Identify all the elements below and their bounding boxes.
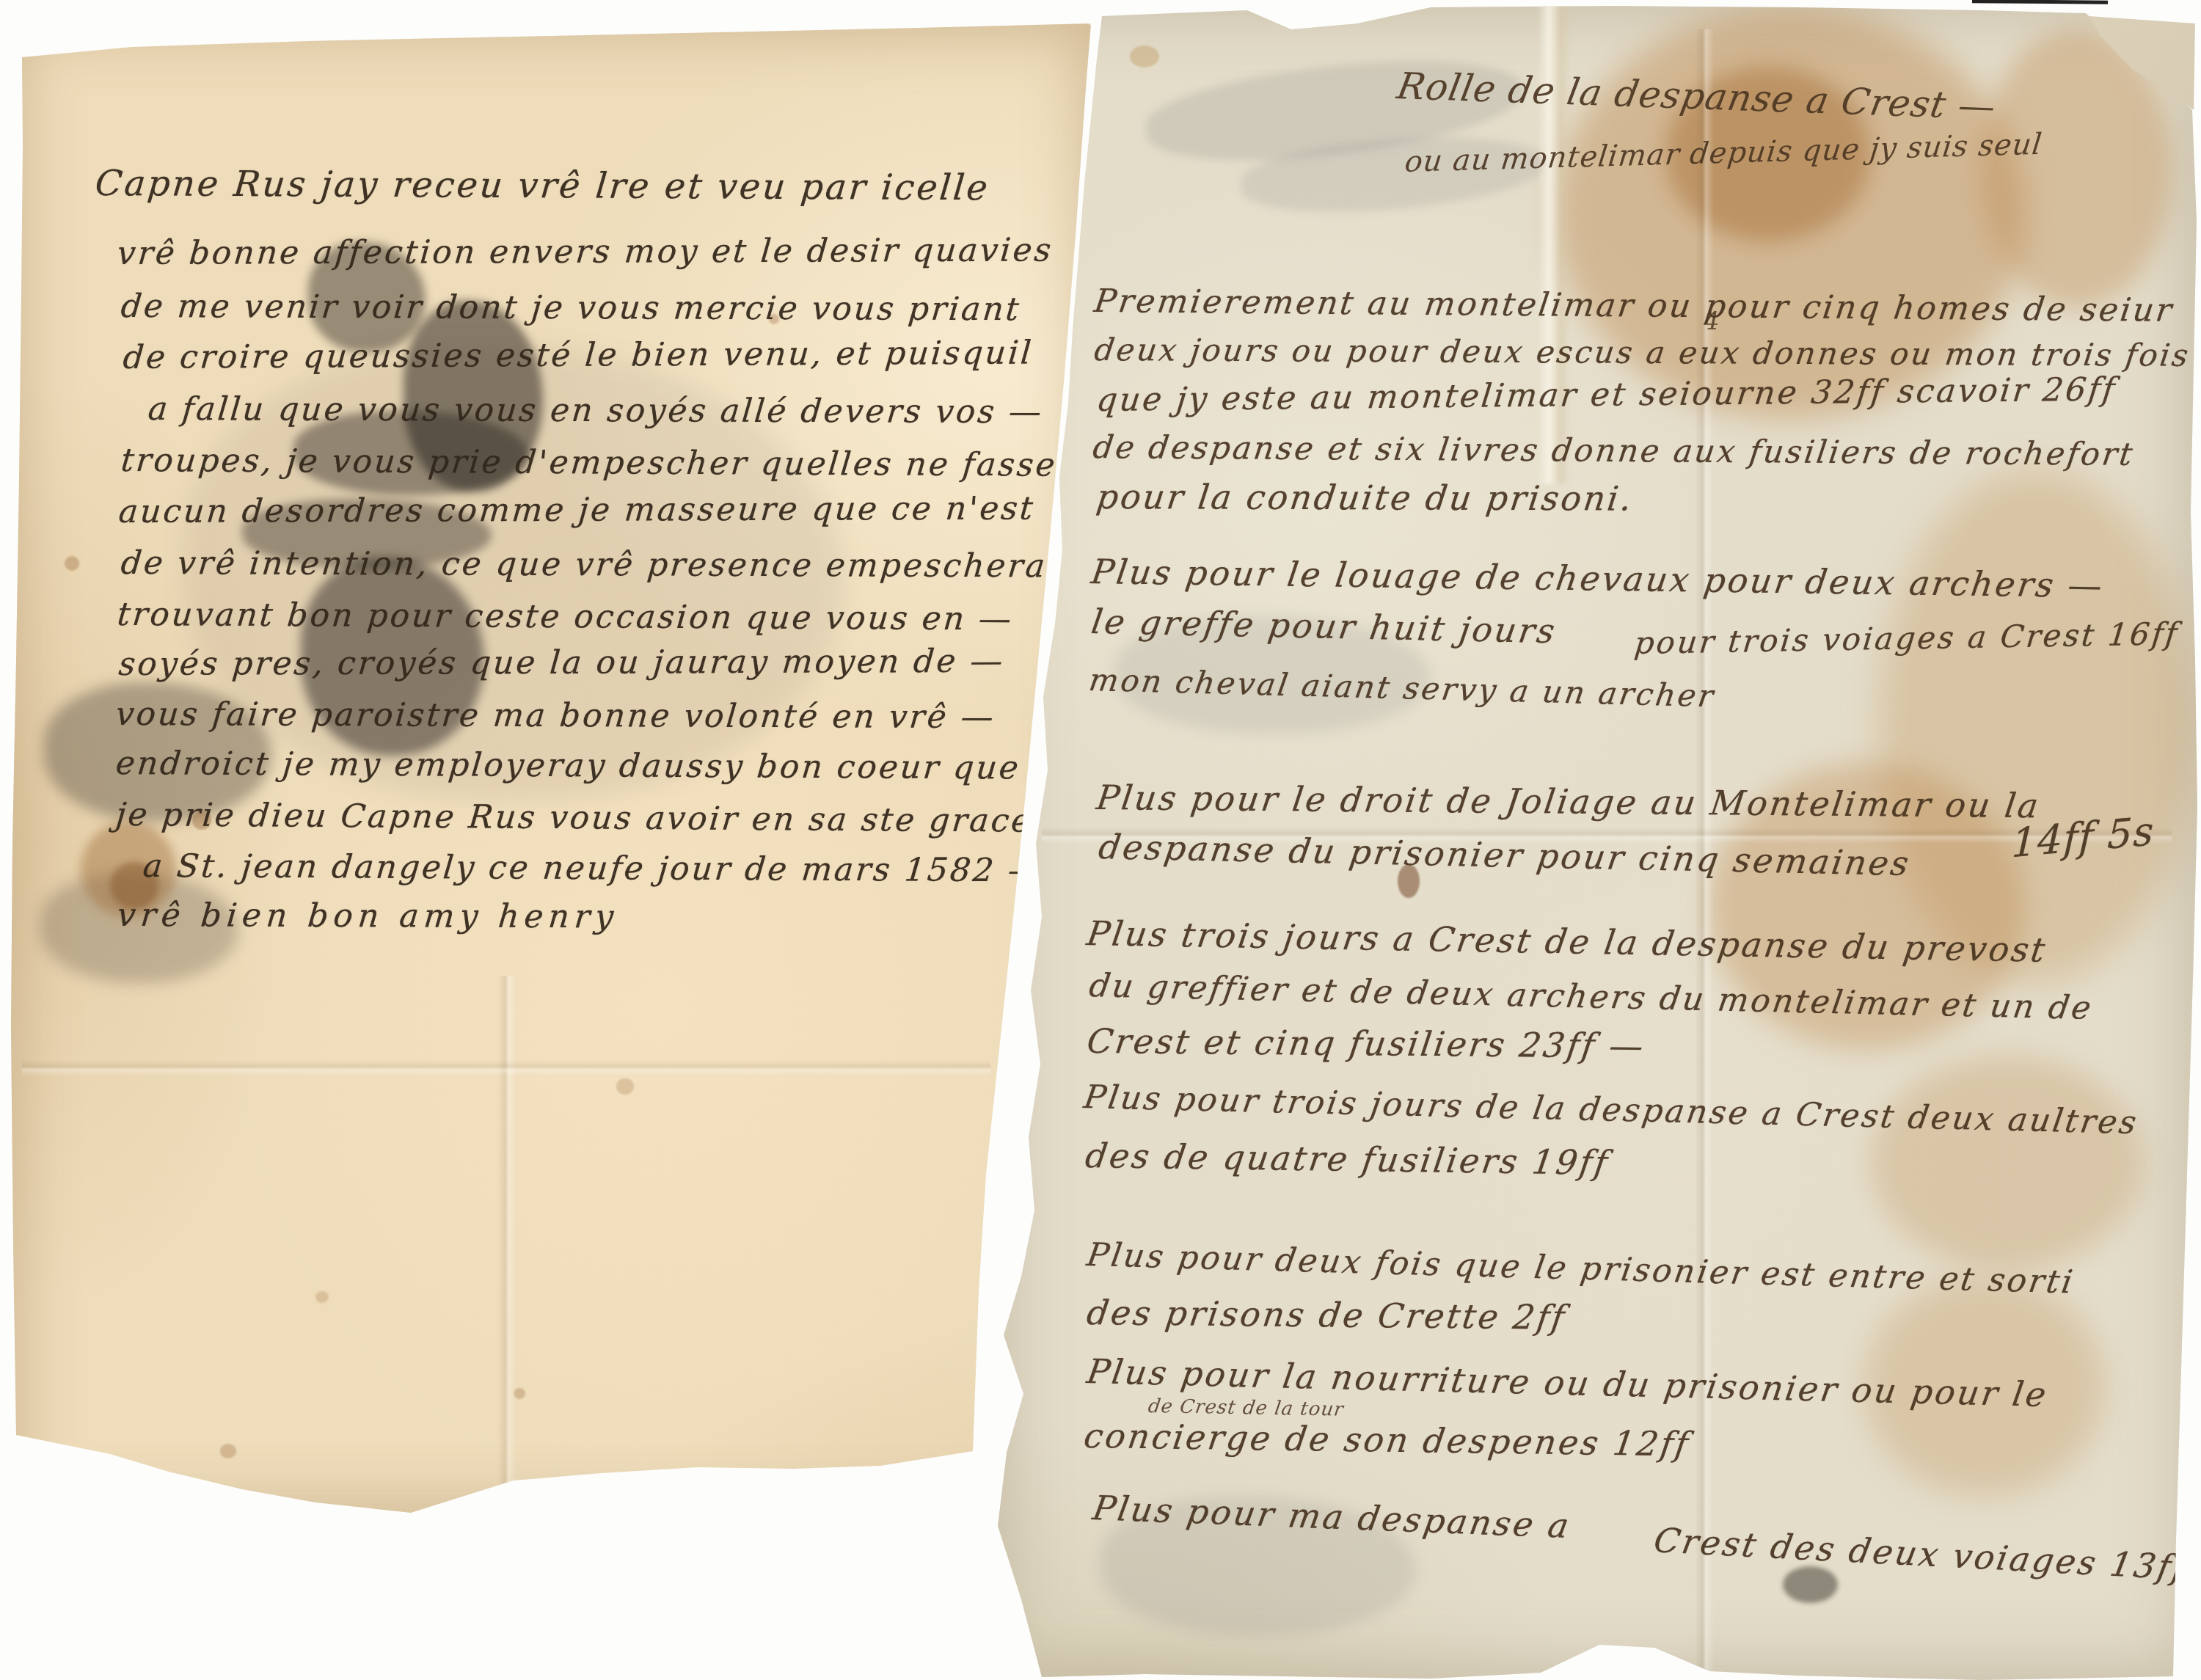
roll-entry-line: Plus trois jours a Crest de la despanse … — [1084, 913, 2049, 970]
roll-entry-line: Plus pour le droit de Joliage au Monteli… — [1094, 778, 2043, 825]
letter-line: vous faire paroistre ma bonne volonté en… — [114, 695, 997, 736]
roll-entry-line: Premierement au montelimar ou pour cinq … — [1092, 282, 2176, 329]
letter-signature-line: vrê bien bon amy henry — [116, 896, 621, 935]
roll-entry-line: que jy este au montelimar et seiourne 32… — [1095, 370, 2119, 419]
roll-entry-line: de despanse et six livres donne aux fusi… — [1091, 429, 2137, 473]
roll-entry-line: concierge de son despenes 12ff — [1081, 1416, 1693, 1464]
foxing-spot — [616, 1078, 634, 1095]
foxing-spot — [514, 1388, 525, 1399]
stain — [1878, 470, 2194, 983]
letter-line: a fallu que vous vous en soyés allé deve… — [147, 390, 1045, 431]
letter-line: je prie dieu Capne Rus vous avoir en sa … — [114, 796, 1034, 840]
letter-line: trouvant bon pour ceste occasion que vou… — [116, 596, 1015, 638]
roll-entry-line: mon cheval aiant servy a un archer — [1087, 662, 1718, 714]
paper-crease — [497, 976, 517, 1511]
letter-line: endroict je my employeray daussy bon coe… — [114, 745, 1023, 786]
letter-line: troupes, je vous prie d'empescher quelle… — [120, 442, 1097, 484]
letter-line: aucun desordres comme je masseure que ce… — [117, 490, 1037, 530]
roll-entry-line: du greffier et de deux archers du montel… — [1087, 967, 2095, 1027]
roll-entry-line: le greffe pour huit jours — [1089, 602, 1559, 651]
foxing-spot — [65, 556, 79, 571]
letter-date-line: a St. jean dangely ce neufe jour de mars… — [142, 847, 1045, 889]
roll-entry-line: des prisons de Crette 2ff — [1084, 1293, 1569, 1337]
roll-entry-line: des de quatre fusiliers 19ff — [1083, 1136, 1612, 1183]
foxing-spot — [220, 1444, 236, 1458]
letter-line: Capne Rus jay receu vrê lre et veu par i… — [93, 163, 991, 208]
letter-line: de me venir voir dont je vous mercie vou… — [120, 288, 1023, 328]
letter-line: de croire queussies esté le bien venu, e… — [122, 334, 1034, 376]
roll-title-line: Rolle de la despanse a Crest — — [1394, 65, 2000, 128]
roll-title-line: ou au montelimar depuis que jy suis seul — [1403, 128, 2044, 179]
roll-entry-line: deux jours ou pour deux escus a eux donn… — [1092, 332, 2192, 373]
roll-entry-line: Plus pour le louage de chevaux pour deux… — [1089, 552, 2106, 605]
letter-line: soyés pres, croyés que la ou jauray moye… — [117, 643, 1007, 683]
roll-entry-line: Plus pour deux fois que le prisonier est… — [1084, 1236, 2077, 1301]
foxing-spot — [315, 1291, 329, 1303]
roll-entry-line: pour la conduite du prisoni. — [1095, 477, 1636, 519]
scanner-edge-artifact — [1972, 0, 2108, 4]
roll-entry-line: Crest des deux voiages 13ff — [1651, 1520, 2191, 1588]
letter-line: vrê bonne affection envers moy et le des… — [116, 232, 1055, 272]
roll-entry-line: despanse du prisonier pour cinq semaines — [1096, 827, 1913, 883]
letter-line: de vrê intention, ce que vrê presence em… — [120, 544, 1049, 585]
foxing-spot — [1130, 45, 1159, 67]
roll-entry-line: Crest et cinq fusiliers 23ff — — [1084, 1021, 1648, 1066]
roll-entry-line: Plus pour trois jours de la despanse a C… — [1081, 1078, 2141, 1142]
ink-smudge — [1783, 1566, 1838, 1603]
paper-crease — [22, 1060, 990, 1076]
interline-correction: 4 — [1704, 307, 1720, 336]
stain — [1981, 29, 2172, 308]
stain — [1871, 1056, 2142, 1269]
roll-entry-line: Plus pour ma despanse a — [1090, 1488, 1574, 1546]
roll-entry-line: pour trois voiages a Crest 16ff — [1632, 616, 2180, 661]
manuscript-scan: Capne Rus jay receu vrê lre et veu par i… — [0, 0, 2201, 1680]
